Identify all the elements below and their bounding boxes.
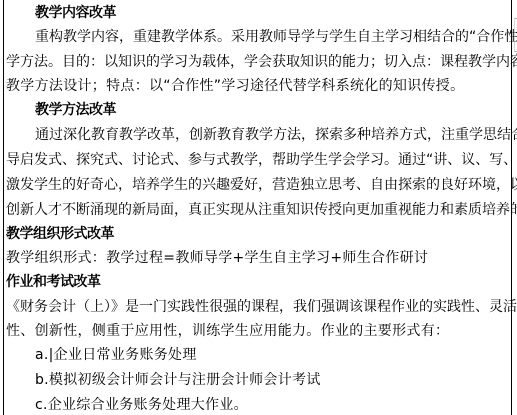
section-heading-homework-exam-reform: 作业和考试改革: [6, 270, 101, 294]
paragraph-line: 教学组织形式：教学过程=教师导学+学生自主学习+师生合作研讨: [6, 246, 428, 270]
paragraph-line: 激发学生的好奇心，培养学生的兴趣爱好，营造独立思考、自由探索的良好环境，以形成: [6, 173, 511, 197]
list-item: c.企业综合业务账务处理大作业。: [35, 393, 248, 415]
list-item: b.模拟初级会计师会计与注册会计师会计考试: [35, 368, 321, 392]
paragraph-line: 学方法。目的：以知识的学习为载体，学会获取知识的能力；切入点：课程教学内容重构、: [6, 50, 511, 74]
paragraph-line: 性、创新性，侧重于应用性，训练学生应用能力。作业的主要形式有：: [6, 319, 449, 343]
paragraph-line: 重构教学内容，重建教学体系。采用教师导学与学生自主学习相结合的“合作性”教: [35, 25, 511, 49]
section-heading-organization-reform: 教学组织形式改革: [6, 222, 114, 246]
section-heading-content-reform: 教学内容改革: [35, 1, 116, 25]
paragraph-line: 《财务会计（上）》是一门实践性很强的课程，我们强调该课程作业的实践性、灵活: [6, 295, 511, 319]
section-heading-method-reform: 教学方法改革: [35, 98, 116, 122]
list-item: a.|企业日常业务账务处理: [35, 343, 197, 367]
paragraph-line: 创新人才不断涌现的新局面，真正实现从注重知识传授向更加重视能力和素质培养的转变。: [6, 198, 511, 222]
paragraph-line: 教学方法设计；特点：以“合作性”学习途径代替学科系统化的知识传授。: [6, 74, 464, 98]
paragraph-line: 通过深化教育教学改革，创新教育教学方法，探索多种培养方式，注重学思结合。倡: [35, 123, 511, 147]
paragraph-line: 导启发式、探究式、讨论式、参与式教学，帮助学生学会学习。通过“讲、议、写、训”，: [6, 148, 511, 172]
